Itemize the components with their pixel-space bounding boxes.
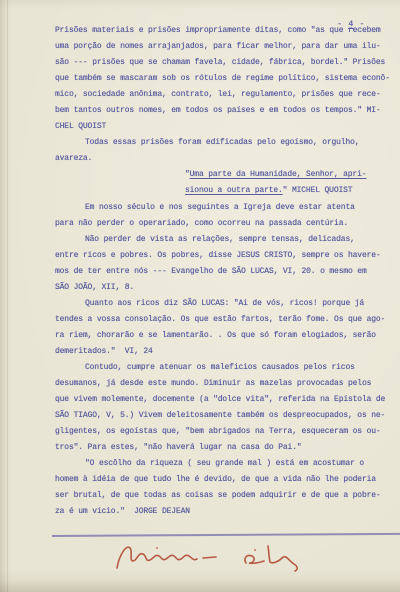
typed-line: uma porção de nomes arrajanjados, para f… — [55, 39, 400, 55]
typed-line: avareza. — [55, 151, 400, 167]
handwritten-annotation — [105, 536, 315, 580]
typed-line: tros". Para estes, "não haverá lugar na … — [55, 440, 400, 456]
typed-line: homem à idéia de que tudo lhe é devido, … — [55, 472, 400, 488]
paper-crease — [7, 0, 8, 592]
typed-line: são --- prisões que se chamam favela, ci… — [55, 55, 400, 71]
typed-line: "O escôlho da riqueza ( seu grande mal )… — [55, 456, 400, 472]
typed-line: SÃO JOÃO, XII, 8. — [55, 280, 400, 296]
typed-line: Quanto aos ricos diz SÃO LUCAS: "Ai de v… — [55, 296, 400, 312]
scanned-typewritten-page: - 4 - Prisões materiais e prisões improp… — [0, 0, 400, 592]
typed-line: entre ricos e pobres. Os pobres, disse J… — [55, 248, 400, 264]
typed-line: sionou a outra parte." MICHEL QUOIST — [55, 183, 400, 199]
typed-line: Contudo, cumpre atenuar os maleficios ca… — [55, 360, 400, 376]
typed-line: CHEL QUOIST — [55, 119, 400, 135]
typed-line: desumanos, já desde este mundo. Diminuir… — [55, 376, 400, 392]
typed-line: ra riem, chorarão e se lamentarão. . Os … — [55, 328, 400, 344]
typed-line: "Uma parte da Humanidade, Senhor, apri- — [55, 167, 400, 183]
typed-line: para não perder o operariado, como ocorr… — [55, 216, 400, 232]
typed-line: que também se mascaram sob os rótulos de… — [55, 71, 400, 87]
typed-line: za é um vício." JORGE DEJEAN — [55, 504, 400, 520]
typed-line: Em nosso século e nos seguintes a Igreja… — [55, 200, 400, 216]
typed-line: Não perder de vista as relações, sempre … — [55, 232, 400, 248]
typed-line: tendes a vossa consolação. Os que estão … — [55, 312, 400, 328]
typed-line: SÃO TIAGO, V, 5.) Vivem deleitosamente t… — [55, 408, 400, 424]
typed-line: que vivem molemente, docemente (a "dolce… — [55, 392, 400, 408]
typed-line: mico, sociedade anônima, contrato, lei, … — [55, 87, 400, 103]
typed-line: Prisões materiais e prisões impropriamen… — [55, 23, 400, 39]
typed-line: gligentes, os egoístas que, "bem abrigad… — [55, 424, 400, 440]
typed-line: ser brutal, de que todas as coisas se po… — [55, 488, 400, 504]
typed-line: bem tantos outros nomes, em todos os paí… — [55, 103, 400, 119]
typed-line: mos de ter entre nós --- Evangelho de SÃ… — [55, 264, 400, 280]
typed-line: demeritados." VI, 24 — [55, 344, 400, 360]
typed-text-block: Prisões materiais e prisões impropriamen… — [55, 23, 400, 520]
typed-line: Todas essas prisões foram edificadas pel… — [55, 135, 400, 151]
